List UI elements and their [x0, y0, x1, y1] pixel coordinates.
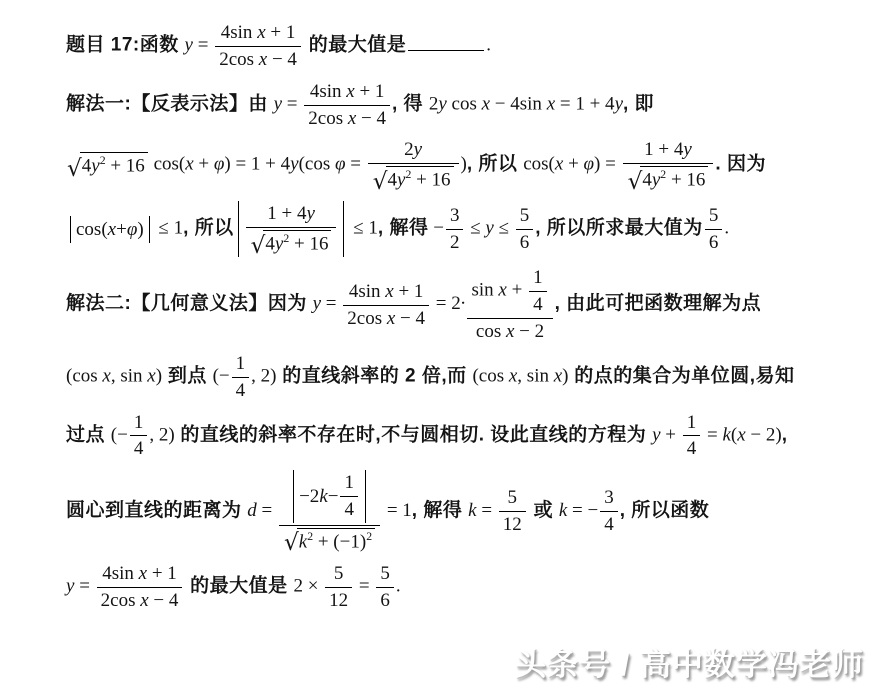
math-roman: − 2) [746, 424, 782, 445]
math-roman: ) = [594, 154, 621, 175]
math-variable: y [91, 156, 99, 177]
math-roman: + 16 [411, 170, 450, 191]
numerator: 4sin x + 1 [215, 22, 301, 46]
math-roman: , 2) [149, 424, 174, 445]
math-variable: x [547, 93, 555, 114]
math-variable: y [615, 93, 623, 114]
cjk-text: 圆心到直线的距离为 [66, 500, 247, 521]
numerator: 3 [600, 487, 618, 511]
math-roman: 5 [334, 563, 344, 584]
math-roman: 2 [404, 139, 414, 160]
math-roman: 4 [604, 514, 614, 535]
fraction: 32 [446, 205, 464, 254]
math-variable: φ [584, 154, 595, 175]
math-roman: 4 [236, 380, 246, 401]
fraction: 14 [232, 353, 250, 402]
math-roman: 5 [709, 205, 719, 226]
denominator: √4y2 + 16 [623, 163, 714, 191]
fraction: 56 [376, 563, 394, 612]
math-roman: ≤ 1 [154, 218, 183, 239]
math-roman: 1 [236, 353, 246, 374]
cjk-text: , 所以 [183, 218, 234, 239]
denominator: 4 [232, 377, 250, 402]
cjk-text: 解法二:【几何意义法】因为 [66, 294, 313, 315]
cjk-text: , 解得 [378, 218, 429, 239]
math-roman: + 1 [147, 563, 177, 584]
math-roman: (− [213, 366, 230, 387]
math-roman: 2 [429, 93, 439, 114]
math-roman: + (−1) [313, 531, 366, 552]
numerator: 3 [446, 205, 464, 229]
method1-step1: √4y2 + 16 cos(x + φ) = 1 + 4y(cos φ = 2y… [66, 139, 844, 191]
math-roman: = [702, 424, 722, 445]
math-roman: = [321, 294, 341, 315]
math-roman: = [477, 500, 497, 521]
denominator: 12 [325, 587, 352, 612]
math-variable: x [554, 366, 562, 387]
square-root: √4y2 + 16 [628, 166, 709, 191]
math-variable: x [498, 280, 506, 301]
square-root: √4y2 + 16 [67, 152, 148, 178]
math-roman: . [396, 576, 401, 597]
numerator: 2y [368, 139, 459, 163]
math-roman: − 4 [395, 308, 425, 329]
cjk-text: , 由此可把函数理解为点 [555, 294, 762, 315]
fraction: 14 [130, 412, 148, 461]
numerator: 4sin x + 1 [304, 81, 390, 105]
math-roman: cos( [523, 154, 555, 175]
denominator: 6 [516, 229, 534, 254]
math-variable: y [290, 154, 298, 175]
math-variable: φ [127, 218, 138, 242]
math-roman: + [194, 154, 214, 175]
math-variable: x [147, 366, 155, 387]
math-roman: 4 [642, 170, 652, 191]
fraction: 14 [683, 412, 701, 461]
absolute-value: cos(x + φ) [70, 216, 150, 244]
square-root: √4y2 + 16 [251, 230, 332, 255]
math-roman: + 1 [355, 81, 385, 102]
square-root: √k2 + (−1)2 [284, 528, 375, 553]
cjk-text: . 因为 [715, 154, 766, 175]
math-roman: + [116, 218, 127, 242]
math-roman: − 4 [149, 590, 179, 611]
numerator: 1 [232, 353, 250, 377]
cjk-text: 解法一:【反表示法】由 [66, 93, 274, 114]
denominator: 2cos x − 4 [304, 105, 390, 130]
denominator: 2cos x − 4 [215, 46, 301, 71]
math-roman: 3 [450, 205, 460, 226]
denominator: cos x − 2 [467, 318, 552, 343]
numerator: 1 + 4y [246, 203, 337, 227]
math-roman: sin [471, 280, 498, 301]
math-roman: + 1 [266, 22, 296, 43]
math-roman: 3 [604, 487, 614, 508]
numerator: −2k − 14 [279, 470, 380, 525]
math-variable: x [108, 218, 116, 242]
math-roman: (cos [472, 366, 508, 387]
math-variable: x [385, 281, 393, 302]
denominator: 2 [446, 229, 464, 254]
absolute-value: 1 + 4y√4y2 + 16 [238, 201, 345, 257]
fraction: 56 [705, 205, 723, 254]
radicand: 4y2 + 16 [80, 152, 148, 178]
fraction: 512 [325, 563, 352, 612]
math-roman: + 16 [289, 234, 328, 255]
math-roman: = − [567, 500, 598, 521]
fraction: 34 [600, 487, 618, 536]
radicand: 4y2 + 16 [640, 166, 708, 191]
math-variable: y [306, 203, 314, 224]
math-roman: 4 [134, 438, 144, 459]
watermark: 头条号 / 高中数学冯老师 [515, 639, 864, 684]
math-roman: 6 [380, 590, 390, 611]
math-variable: x [139, 563, 147, 584]
numerator: 4sin x + 1 [97, 563, 183, 587]
math-roman: = [257, 500, 277, 521]
math-roman: ) [137, 218, 143, 242]
math-roman: − 2 [514, 321, 544, 342]
fraction: −2k − 14√k2 + (−1)2 [279, 470, 380, 553]
cjk-text: 或 [528, 500, 559, 521]
document-lines: 题目 17:函数 y = 4sin x + 12cos x − 4 的最大值是.… [66, 22, 844, 612]
math-roman: + [507, 280, 527, 301]
math-roman: − 4 [356, 108, 386, 129]
math-roman: 4sin [310, 81, 346, 102]
cjk-text: , [782, 424, 788, 445]
cjk-text: 到点 [162, 366, 213, 387]
math-roman: + [661, 424, 681, 445]
math-roman: ≤ 1 [348, 218, 377, 239]
math-roman: cos [476, 321, 506, 342]
math-roman: 6 [520, 232, 530, 253]
denominator: 4 [683, 435, 701, 460]
math-roman: = 1 + 4 [555, 93, 614, 114]
numerator: 1 + 4y [623, 139, 714, 163]
math-roman: . [724, 218, 729, 239]
fraction: 4sin x + 12cos x − 4 [215, 22, 301, 71]
math-roman: 4sin [221, 22, 257, 43]
numerator: 1 [340, 472, 358, 496]
math-roman: + 16 [106, 156, 145, 177]
math-roman: = [74, 576, 94, 597]
denominator: 6 [705, 229, 723, 254]
math-variable: k [319, 486, 327, 508]
math-variable: x [140, 590, 148, 611]
math-roman: 1 [134, 412, 144, 433]
exponent: 2 [366, 530, 372, 543]
math-variable: y [185, 35, 193, 56]
cjk-text: 的最大值是 [184, 576, 293, 597]
math-variable: x [737, 424, 745, 445]
numerator: 5 [705, 205, 723, 229]
math-roman: cos [447, 93, 482, 114]
math-roman: (− [111, 424, 128, 445]
math-roman: 4 [388, 170, 398, 191]
math-roman: − [428, 218, 443, 239]
numerator: 4sin x + 1 [343, 281, 429, 305]
math-variable: k [722, 424, 730, 445]
math-roman: − [328, 486, 339, 508]
cjk-text: 题目 17:函数 [66, 35, 185, 56]
answer-blank [408, 31, 484, 51]
fraction: 1 + 4y√4y2 + 16 [623, 139, 714, 191]
math-roman: 1 [344, 472, 354, 493]
math-roman: ≤ [465, 218, 485, 239]
math-roman: 1 + 4 [267, 203, 306, 224]
denominator: 6 [376, 587, 394, 612]
fraction: 14 [340, 472, 358, 521]
math-roman: 5 [508, 487, 518, 508]
method1-step2: cos(x + φ) ≤ 1, 所以1 + 4y√4y2 + 16 ≤ 1, 解… [66, 201, 844, 257]
denominator: √4y2 + 16 [368, 163, 459, 191]
fraction: sin x + 14cos x − 2 [467, 267, 552, 343]
math-roman: 12 [503, 514, 522, 535]
cjk-text: 的直线斜率的 2 倍,而 [276, 366, 472, 387]
math-variable: y [485, 218, 493, 239]
math-roman: + 1 [394, 281, 424, 302]
math-roman: 2 × [293, 576, 323, 597]
math-roman: 4sin [102, 563, 138, 584]
denominator: 2cos x − 4 [343, 305, 429, 330]
math-variable: x [259, 49, 267, 70]
math-variable: x [257, 22, 265, 43]
math-roman: cos( [149, 154, 185, 175]
fraction: 56 [516, 205, 534, 254]
math-roman: 12 [329, 590, 348, 611]
math-roman: 4 [533, 294, 543, 315]
math-roman: , 2) [251, 366, 276, 387]
radicand: 4y2 + 16 [386, 166, 454, 191]
method2-step2: 过点 (−14, 2) 的直线的斜率不存在时,不与圆相切. 设此直线的方程为 y… [66, 412, 844, 461]
cjk-text: , 解得 [412, 500, 468, 521]
fraction: 4sin x + 12cos x − 4 [97, 563, 183, 612]
math-roman: 4sin [349, 281, 385, 302]
radicand: 4y2 + 16 [263, 230, 331, 255]
math-roman: cos( [76, 218, 108, 242]
math-roman: 1 [687, 412, 697, 433]
denominator: 4 [600, 511, 618, 536]
math-roman: = [346, 154, 366, 175]
numerator: 5 [376, 563, 394, 587]
denominator: √4y2 + 16 [246, 227, 337, 255]
math-roman: 4 [265, 234, 275, 255]
problem-statement: 题目 17:函数 y = 4sin x + 12cos x − 4 的最大值是. [66, 22, 844, 71]
math-roman: 2cos [101, 590, 141, 611]
fraction: 512 [499, 487, 526, 536]
numerator: 1 [683, 412, 701, 436]
math-roman: 1 [533, 267, 543, 288]
math-variable: k [299, 531, 307, 552]
math-variable: x [102, 366, 110, 387]
denominator: 4 [130, 435, 148, 460]
math-variable: y [438, 93, 446, 114]
math-roman: ≤ [494, 218, 514, 239]
cjk-text: , 得 [392, 93, 429, 114]
fraction: 14 [529, 267, 547, 316]
cjk-text: , 所以所求最大值为 [535, 218, 703, 239]
math-roman: (cos [299, 154, 335, 175]
numerator: 5 [516, 205, 534, 229]
numerator: 5 [325, 563, 352, 587]
math-roman: + 16 [666, 170, 705, 191]
denominator: 4 [529, 291, 547, 316]
math-document: 题目 17:函数 y = 4sin x + 12cos x − 4 的最大值是.… [0, 0, 872, 612]
math-roman: = [193, 35, 213, 56]
denominator: 2cos x − 4 [97, 587, 183, 612]
math-roman: 2 [450, 232, 460, 253]
denominator: 12 [499, 511, 526, 536]
math-roman: − 4 [267, 49, 297, 70]
math-variable: x [346, 81, 354, 102]
math-roman: 5 [520, 205, 530, 226]
math-variable: x [482, 93, 490, 114]
square-root: √4y2 + 16 [373, 166, 454, 191]
math-roman: −2 [299, 486, 319, 508]
fraction: 4sin x + 12cos x − 4 [343, 281, 429, 330]
math-variable: φ [335, 154, 346, 175]
math-roman: = 1 [382, 500, 412, 521]
math-variable: y [414, 139, 422, 160]
cjk-text: , 所以 [467, 154, 523, 175]
numerator: sin x + 14 [467, 267, 552, 318]
math-roman: 4 [82, 156, 92, 177]
absolute-value: −2k − 14 [293, 470, 366, 523]
math-roman: . [486, 35, 491, 56]
math-roman: 1 + 4 [644, 139, 683, 160]
math-roman: 4 [687, 438, 697, 459]
math-roman: 2cos [219, 49, 259, 70]
math-roman: ) = 1 + 4 [224, 154, 290, 175]
cjk-text: 的点的集合为单位圆,易知 [569, 366, 795, 387]
cjk-text: 过点 [66, 424, 111, 445]
math-roman: (cos [66, 366, 102, 387]
math-variable: d [247, 500, 257, 521]
math-roman: − 4sin [490, 93, 547, 114]
fraction: 1 + 4y√4y2 + 16 [246, 203, 337, 255]
method2-step3: 圆心到直线的距离为 d = −2k − 14√k2 + (−1)2 = 1, 解… [66, 470, 844, 553]
math-roman: 6 [709, 232, 719, 253]
fraction: 4sin x + 12cos x − 4 [304, 81, 390, 130]
math-roman: + [563, 154, 583, 175]
math-variable: y [683, 139, 691, 160]
radicand: k2 + (−1)2 [297, 528, 375, 553]
cjk-text: 的直线的斜率不存在时,不与圆相切. 设此直线的方程为 [175, 424, 652, 445]
conclusion: y = 4sin x + 12cos x − 4 的最大值是 2 × 512 =… [66, 563, 844, 612]
math-roman: 5 [380, 563, 390, 584]
math-roman: , sin [517, 366, 553, 387]
numerator: 1 [529, 267, 547, 291]
math-variable: y [274, 93, 282, 114]
numerator: 1 [130, 412, 148, 436]
math-variable: y [313, 294, 321, 315]
math-roman: = 2∙ [431, 294, 465, 315]
cjk-text: 的最大值是 [303, 35, 406, 56]
math-roman: 2cos [347, 308, 387, 329]
math-variable: k [468, 500, 476, 521]
cjk-text: , 所以函数 [620, 500, 710, 521]
math-variable: y [652, 424, 660, 445]
cjk-text: , 即 [623, 93, 654, 114]
fraction: 2y√4y2 + 16 [368, 139, 459, 191]
math-roman: 2cos [308, 108, 348, 129]
method2-heading: 解法二:【几何意义法】因为 y = 4sin x + 12cos x − 4 =… [66, 267, 844, 343]
math-roman: , sin [111, 366, 147, 387]
math-roman: = [354, 576, 374, 597]
numerator: 5 [499, 487, 526, 511]
method2-step1: (cos x, sin x) 到点 (−14, 2) 的直线斜率的 2 倍,而 … [66, 353, 844, 402]
math-roman: = [282, 93, 302, 114]
math-roman: 4 [344, 499, 354, 520]
denominator: 4 [340, 496, 358, 521]
math-variable: x [185, 154, 193, 175]
math-variable: φ [214, 154, 225, 175]
method1-heading: 解法一:【反表示法】由 y = 4sin x + 12cos x − 4, 得 … [66, 81, 844, 130]
denominator: √k2 + (−1)2 [279, 525, 380, 553]
